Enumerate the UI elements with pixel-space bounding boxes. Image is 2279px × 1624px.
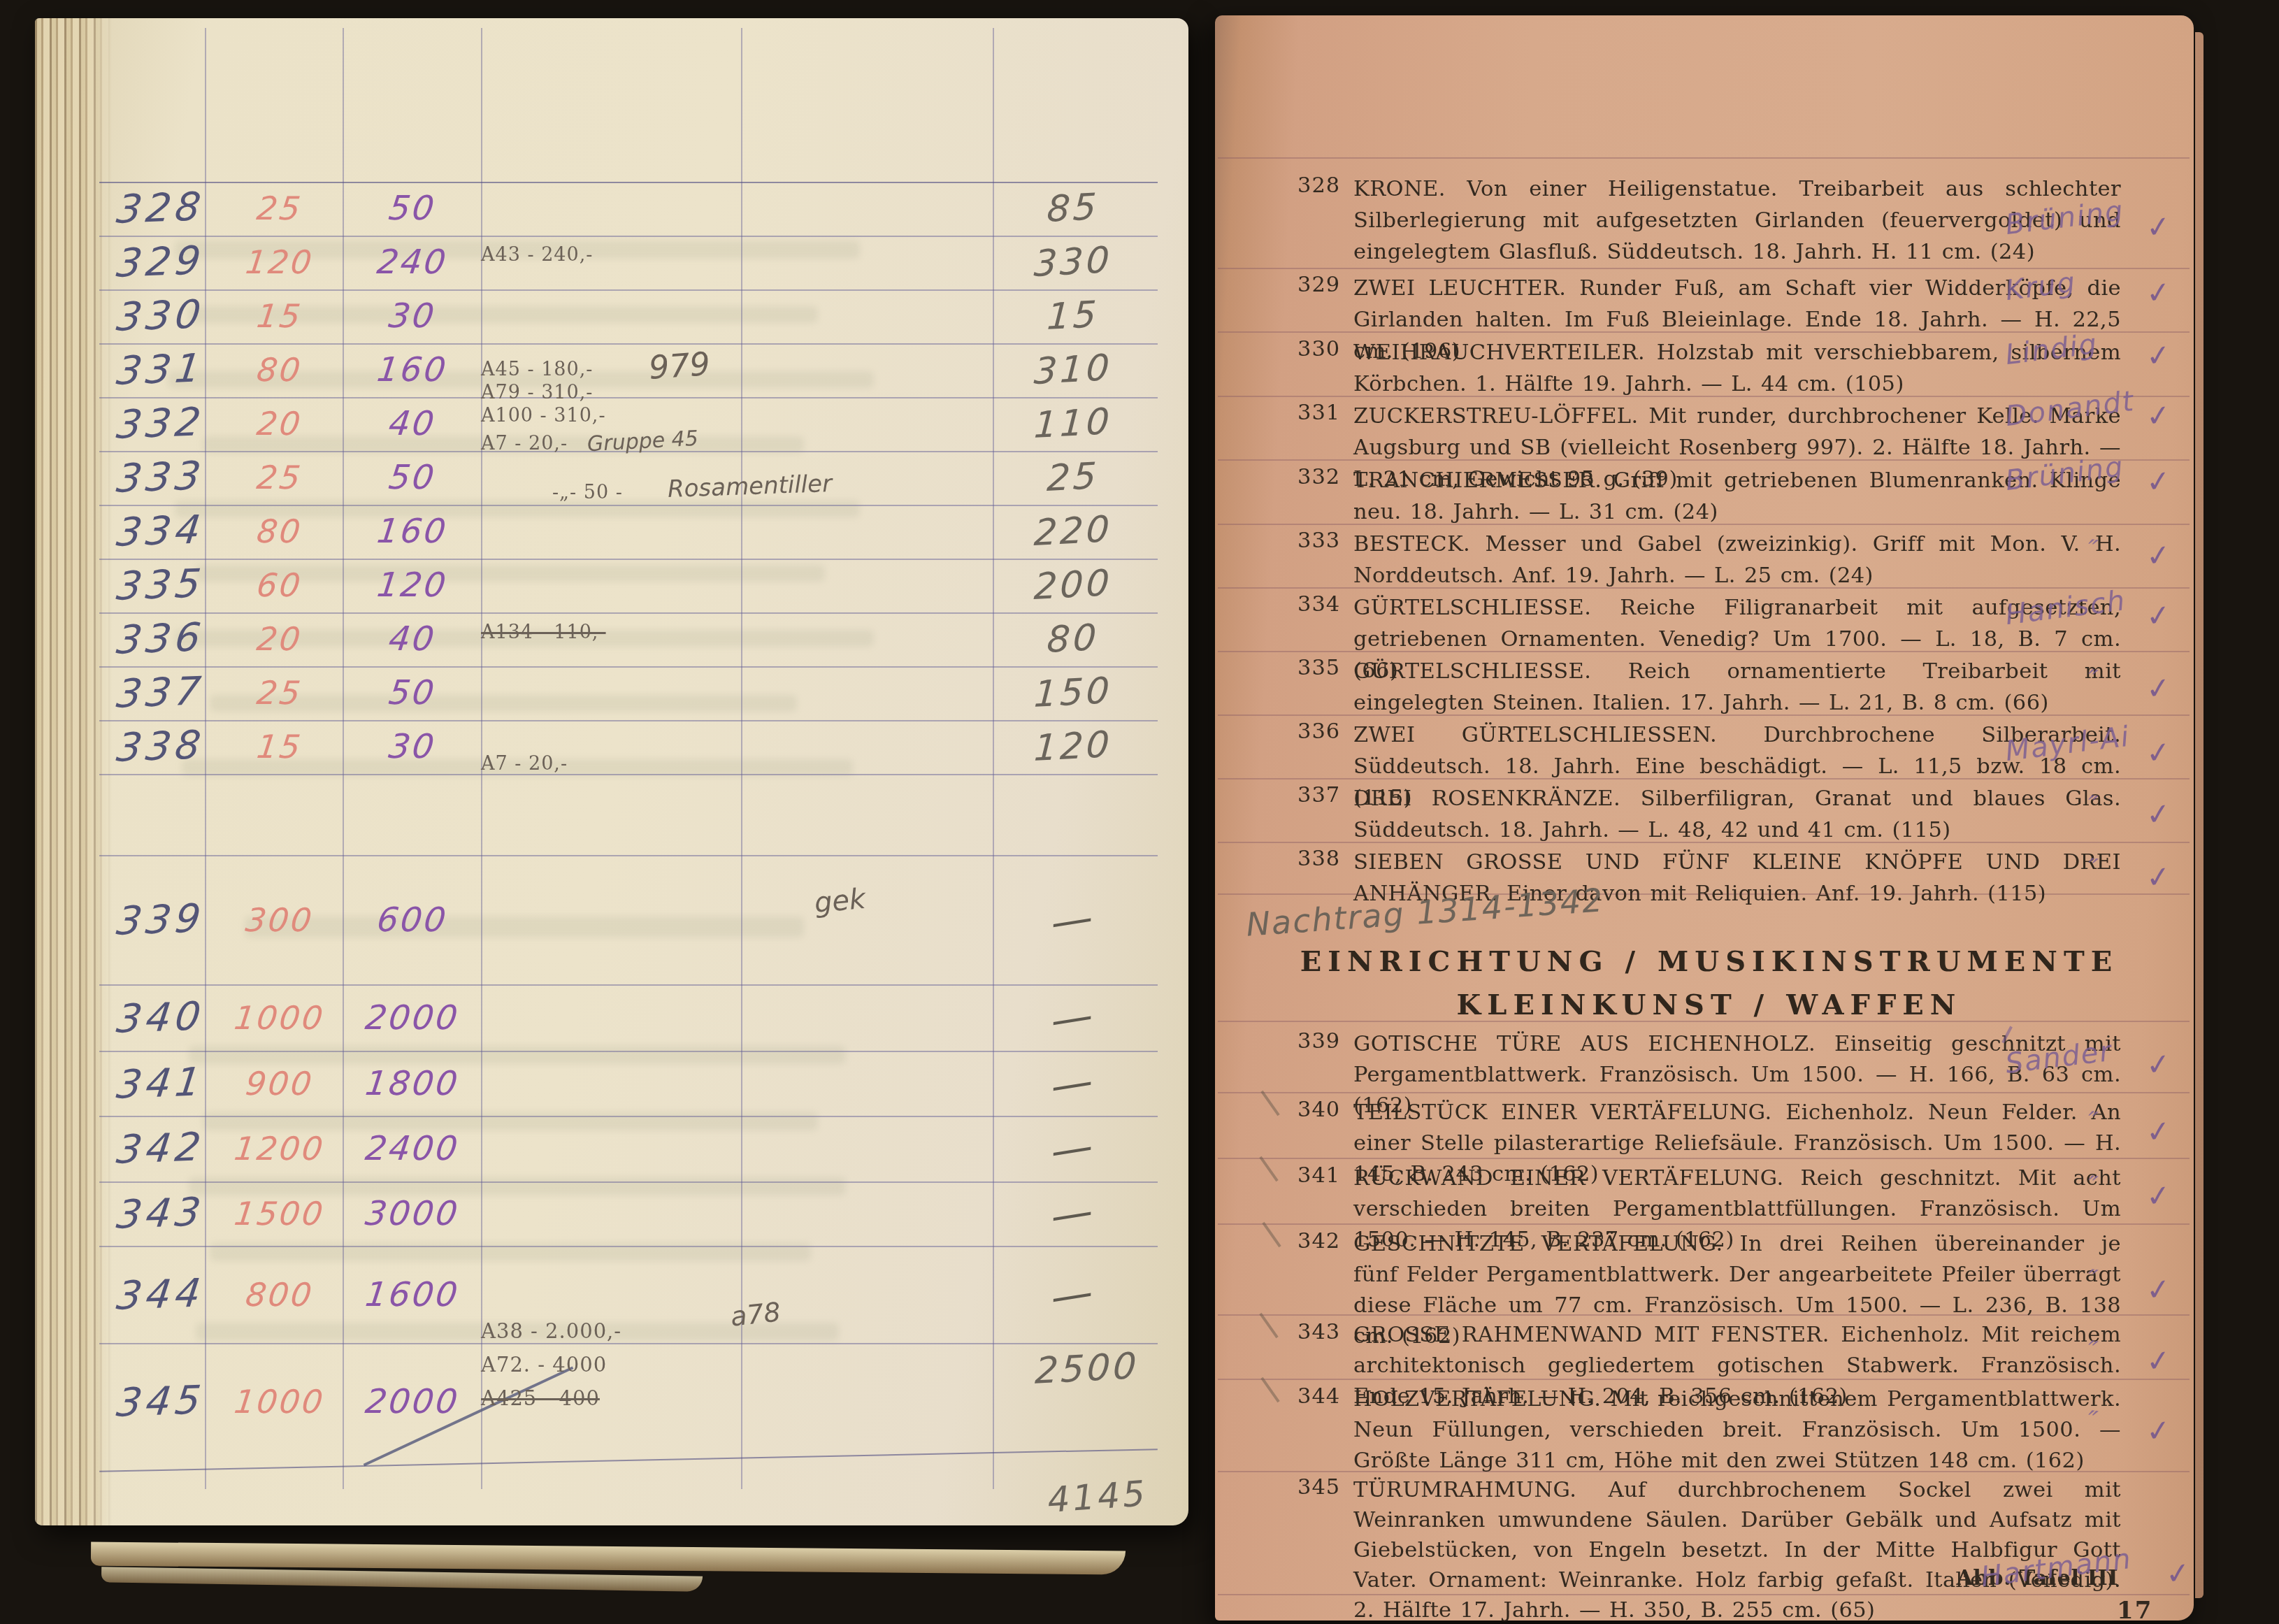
lot-number: 328 — [99, 184, 224, 233]
checkmark-icon: ✓ — [2145, 1342, 2173, 1379]
entry-number: 332 — [1297, 465, 1340, 489]
lot-number: 330 — [99, 292, 224, 341]
estimate-value: 80 — [218, 351, 342, 389]
estimate-value: 1200 — [218, 1130, 342, 1167]
checkmark-icon: ✓ — [2145, 734, 2173, 770]
pencil-note: a78 — [729, 1296, 782, 1332]
catalog-entry: 333 BESTECK. Messer und Gabel (zweizinki… — [1297, 529, 2121, 591]
section-heading: EINRICHTUNG / MUSIKINSTRUMENTE — [1297, 945, 2121, 978]
doubled-value: 2000 — [347, 1382, 478, 1421]
result-value: 110 — [984, 398, 1162, 449]
entry-number: 328 — [1297, 173, 1340, 198]
pencil-note: A79 - 310,- — [481, 381, 593, 404]
page-edge-stack — [101, 1567, 703, 1592]
checkmark-icon: ✓ — [2145, 670, 2173, 706]
checkmark-icon: ✓ — [2164, 1555, 2192, 1591]
ledger-page: 328 25 50 85 329 120 240 330 330 15 30 1… — [35, 18, 1188, 1525]
table-rule — [99, 289, 1158, 291]
entry-number: 333 — [1297, 529, 1340, 553]
estimate-value: 20 — [218, 405, 342, 443]
pencil-note: A38 - 2.000,- — [481, 1320, 621, 1343]
table-rule — [99, 1343, 1158, 1344]
pencil-stroke — [1260, 1091, 1279, 1116]
entry-number: 330 — [1297, 337, 1340, 361]
doubled-value: 30 — [347, 727, 478, 766]
pencil-note: 979 — [647, 345, 711, 387]
lot-number: 344 — [99, 1270, 224, 1320]
pencil-note: A45 - 180,- — [481, 358, 593, 381]
table-rule — [99, 505, 1158, 506]
pencil-note: Rosamentiller — [667, 470, 832, 503]
result-value: 150 — [984, 667, 1162, 718]
checkmark-icon: ✓ — [2145, 796, 2173, 832]
page-edge-stack — [2195, 32, 2203, 1598]
entry-text: DREI ROSENKRÄNZE. Silberfiligran, Granat… — [1297, 783, 2121, 846]
table-rule — [99, 343, 1158, 345]
estimate-value: 25 — [218, 189, 342, 227]
pencil-note-struck: A425 - 400 — [481, 1387, 600, 1410]
table-rule-vertical — [343, 28, 344, 1489]
doubled-value: 1800 — [347, 1064, 478, 1103]
result-dash: — — [983, 1046, 1163, 1121]
lot-number: 336 — [99, 615, 224, 664]
estimate-value: 25 — [218, 459, 342, 496]
checkmark-icon: ✓ — [2145, 274, 2173, 310]
table-rule — [99, 612, 1158, 614]
result-dash: — — [983, 1176, 1163, 1251]
entry-number: 340 — [1297, 1098, 1340, 1122]
estimate-value: 1500 — [218, 1195, 342, 1233]
table-rule — [99, 855, 1158, 856]
entry-number: 345 — [1297, 1475, 1340, 1500]
entry-number: 336 — [1297, 719, 1340, 744]
result-value: 200 — [984, 559, 1162, 610]
result-dash: — — [983, 1257, 1163, 1332]
result-dash: — — [983, 882, 1163, 958]
checkmark-icon: ✓ — [2145, 1046, 2173, 1082]
table-rule — [99, 984, 1158, 986]
entry-number: 343 — [1297, 1320, 1340, 1344]
entry-number: 339 — [1297, 1029, 1340, 1054]
pencil-rule — [1218, 157, 2190, 159]
pencil-note: A7 - 20,- — [481, 752, 568, 775]
result-value: 25 — [984, 452, 1162, 503]
estimate-value: 1000 — [218, 1383, 342, 1421]
entry-text: BESTECK. Messer und Gabel (zweizinkig). … — [1297, 529, 2121, 591]
table-rule — [99, 1449, 1158, 1472]
doubled-value: 160 — [347, 512, 478, 551]
table-rule — [99, 182, 1158, 183]
table-rule — [99, 559, 1158, 560]
doubled-value: 40 — [347, 619, 478, 659]
page-number: 17 — [2117, 1597, 2173, 1624]
pencil-note: A100 - 310,- — [481, 404, 606, 427]
catalog-entry: 344 HOLZVERTÄFELUNG. Mit reichgeschnitte… — [1297, 1384, 2121, 1476]
result-dash: — — [983, 980, 1163, 1056]
entry-number: 344 — [1297, 1384, 1340, 1409]
pencil-note: -„- 50 - — [552, 481, 623, 504]
doubled-value: 1600 — [347, 1275, 478, 1314]
estimate-value: 25 — [218, 674, 342, 712]
checkmark-icon: ✓ — [2145, 537, 2173, 573]
doubled-value: 240 — [347, 243, 478, 282]
doubled-value: 3000 — [347, 1194, 478, 1233]
estimate-value: 15 — [218, 728, 342, 766]
pencil-stroke — [1262, 1222, 1281, 1248]
lot-number: 338 — [99, 722, 224, 772]
checkmark-icon: ✓ — [2145, 597, 2173, 633]
entry-text: WEIHRAUCHVERTEILER. Holzstab mit verschi… — [1297, 337, 2121, 400]
table-rule — [99, 236, 1158, 237]
checkmark-icon: ✓ — [2145, 337, 2173, 373]
entry-number: 338 — [1297, 847, 1340, 871]
entry-text: KRONE. Von einer Heiligenstatue. Treibar… — [1297, 173, 2121, 268]
lot-number: 343 — [99, 1189, 224, 1239]
section-heading: KLEINKUNST / WAFFEN — [1297, 989, 2121, 1021]
catalog-page: 328 KRONE. Von einer Heiligenstatue. Tre… — [1215, 15, 2194, 1621]
checkmark-icon: ✓ — [2145, 1113, 2173, 1149]
lot-number: 333 — [99, 453, 224, 503]
doubled-value: 50 — [347, 673, 478, 712]
catalog-entry: 345 TÜRUMRAHMUNG. Auf durchbrochenem Soc… — [1297, 1475, 2121, 1624]
entry-number: 331 — [1297, 401, 1340, 425]
lot-number: 329 — [99, 238, 224, 287]
entry-number: 342 — [1297, 1229, 1340, 1253]
estimate-value: 20 — [218, 620, 342, 658]
estimate-value: 900 — [218, 1065, 342, 1102]
pencil-stroke — [1260, 1377, 1279, 1403]
table-rule — [99, 774, 1158, 775]
entry-text: TRANCHIERMESSER. Griff mit getriebenen B… — [1297, 465, 2121, 528]
checkmark-icon: ✓ — [2145, 1412, 2173, 1449]
result-value: 85 — [984, 182, 1162, 233]
checkmark-icon: ✓ — [2145, 463, 2173, 499]
entry-text: GÜRTELSCHLIESSE. Reich ornamentierte Tre… — [1297, 656, 2121, 719]
lot-number: 337 — [99, 668, 224, 718]
pencil-note: A7 - 20,- — [481, 432, 568, 455]
catalog-entry: 335 GÜRTELSCHLIESSE. Reich ornamentierte… — [1297, 656, 2121, 719]
doubled-value: 30 — [347, 296, 478, 336]
pencil-rule — [1218, 268, 2190, 269]
lot-number: 341 — [99, 1059, 224, 1109]
table-rule — [99, 720, 1158, 721]
catalog-entry: 328 KRONE. Von einer Heiligenstatue. Tre… — [1297, 173, 2121, 268]
result-value: 310 — [984, 344, 1162, 395]
lot-number: 345 — [99, 1377, 224, 1427]
doubled-value: 600 — [347, 900, 478, 940]
entry-number: 341 — [1297, 1163, 1340, 1188]
entry-number: 334 — [1297, 592, 1340, 617]
checkmark-icon: ✓ — [2145, 1177, 2173, 1214]
entry-number: 337 — [1297, 783, 1340, 807]
doubled-value: 2400 — [347, 1129, 478, 1168]
entry-text: TÜRUMRAHMUNG. Auf durchbrochenem Sockel … — [1297, 1475, 2121, 1624]
catalog-entry: 332 TRANCHIERMESSER. Griff mit getrieben… — [1297, 465, 2121, 528]
doubled-value: 2000 — [347, 998, 478, 1037]
checkmark-icon: ✓ — [2145, 208, 2173, 245]
estimate-value: 300 — [218, 901, 342, 939]
catalog-entry: 330 WEIHRAUCHVERTEILER. Holzstab mit ver… — [1297, 337, 2121, 400]
checkmark-icon: ✓ — [2145, 397, 2173, 433]
lot-number: 340 — [99, 993, 224, 1043]
result-value: 2500 — [998, 1343, 1176, 1394]
doubled-value: 50 — [347, 458, 478, 497]
table-rule — [99, 666, 1158, 668]
doubled-value: 50 — [347, 189, 478, 228]
entry-text: HOLZVERTÄFELUNG. Mit reichgeschnittenem … — [1297, 1384, 2121, 1476]
catalog-entry: 337 DREI ROSENKRÄNZE. Silberfiligran, Gr… — [1297, 783, 2121, 846]
checkmark-icon: ✓ — [2145, 1271, 2173, 1307]
result-dash: — — [983, 1111, 1163, 1186]
checkmark-icon: ✓ — [2145, 858, 2173, 895]
estimate-value: 1000 — [218, 999, 342, 1037]
lot-number: 342 — [99, 1124, 224, 1174]
table-rule-vertical — [741, 28, 742, 1489]
lot-number: 334 — [99, 507, 224, 556]
entry-number: 329 — [1297, 273, 1340, 297]
doubled-value: 40 — [347, 404, 478, 443]
table-rule — [99, 397, 1158, 398]
total-value: 4145 — [1012, 1471, 1182, 1523]
pencil-note-struck: A134 - 110,- — [481, 621, 606, 644]
pencil-note: A43 - 240,- — [481, 243, 593, 266]
result-value: 80 — [984, 613, 1162, 664]
lot-number: 339 — [99, 896, 224, 945]
result-value: 330 — [984, 236, 1162, 287]
result-value: 15 — [984, 290, 1162, 341]
estimate-value: 80 — [218, 512, 342, 550]
pencil-note: gek — [813, 883, 867, 919]
estimate-value: 60 — [218, 566, 342, 604]
lot-number: 335 — [99, 561, 224, 610]
estimate-value: 800 — [218, 1276, 342, 1314]
pencil-stroke — [1259, 1156, 1278, 1182]
lot-number: 331 — [99, 345, 224, 395]
doubled-value: 120 — [347, 566, 478, 605]
pencil-note: A72. - 4000 — [481, 1353, 607, 1377]
entry-number: 335 — [1297, 656, 1340, 680]
estimate-value: 15 — [218, 297, 342, 335]
lot-number: 332 — [99, 399, 224, 449]
pencil-stroke — [1259, 1313, 1278, 1339]
result-value: 120 — [984, 721, 1162, 772]
estimate-value: 120 — [218, 243, 342, 281]
result-value: 220 — [984, 505, 1162, 556]
doubled-value: 160 — [347, 350, 478, 389]
